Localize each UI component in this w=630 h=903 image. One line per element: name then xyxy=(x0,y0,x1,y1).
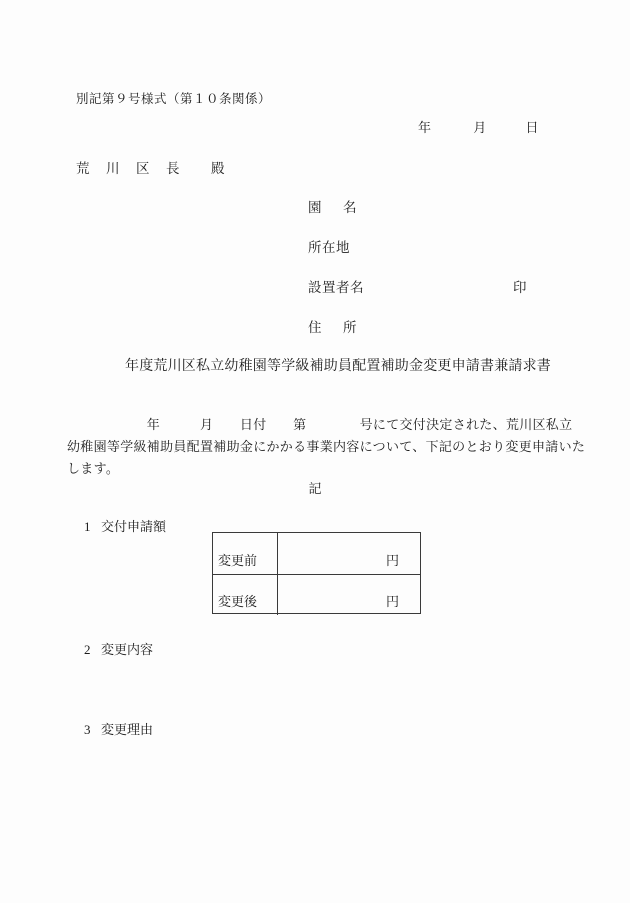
grant-amount-table: 変更前 円 変更後 円 xyxy=(212,532,421,614)
body-line-1: 年 月 日付 第 号にて交付決定された、荒川区私立 xyxy=(67,414,577,436)
body-paragraph: 年 月 日付 第 号にて交付決定された、荒川区私立 幼稚園等学級補助員配置補助金… xyxy=(67,414,577,480)
body-line-3: します。 xyxy=(67,458,577,480)
before-change-label: 変更前 xyxy=(213,533,278,574)
month-label: 月 xyxy=(473,120,486,135)
date-line: 年 月 日 xyxy=(418,117,539,136)
document-page: 別記第９号様式（第１０条関係） 年 月 日 荒 川 区 長 殿 園 名 所在地 … xyxy=(0,0,630,903)
form-number-label: 別記第９号様式（第１０条関係） xyxy=(76,89,271,107)
founder-name-label: 設置者名 xyxy=(308,276,364,296)
day-label: 日 xyxy=(526,120,539,135)
location-label: 所在地 xyxy=(308,236,350,256)
garden-name-label: 園 名 xyxy=(308,196,361,216)
section-2-label: 変更内容 xyxy=(101,642,153,657)
after-change-label: 変更後 xyxy=(213,574,278,615)
body-line-2: 幼稚園等学級補助員配置補助金にかかる事業内容について、下記のとおり変更申請いた xyxy=(67,436,577,458)
seal-mark: 印 xyxy=(513,276,527,296)
before-change-cell: 円 xyxy=(278,533,420,574)
section-3-heading: 3変更理由 xyxy=(84,719,153,738)
year-label: 年 xyxy=(418,120,431,135)
section-1-label: 交付申請額 xyxy=(101,519,166,534)
section-3-number: 3 xyxy=(84,722,101,738)
section-1-number: 1 xyxy=(84,519,101,535)
section-2-number: 2 xyxy=(84,642,101,658)
yen-unit-label: 円 xyxy=(386,591,399,610)
section-1-heading: 1交付申請額 xyxy=(84,516,166,535)
addressee-line: 荒 川 区 長 殿 xyxy=(76,157,226,177)
ki-heading: 記 xyxy=(0,478,630,497)
yen-unit-label: 円 xyxy=(386,550,399,569)
after-change-cell: 円 xyxy=(278,574,420,615)
document-title: 年度荒川区私立幼稚園等学級補助員配置補助金変更申請書兼請求書 xyxy=(0,355,630,375)
section-3-label: 変更理由 xyxy=(101,722,153,737)
section-2-heading: 2変更内容 xyxy=(84,639,153,658)
residence-label: 住 所 xyxy=(308,316,361,336)
